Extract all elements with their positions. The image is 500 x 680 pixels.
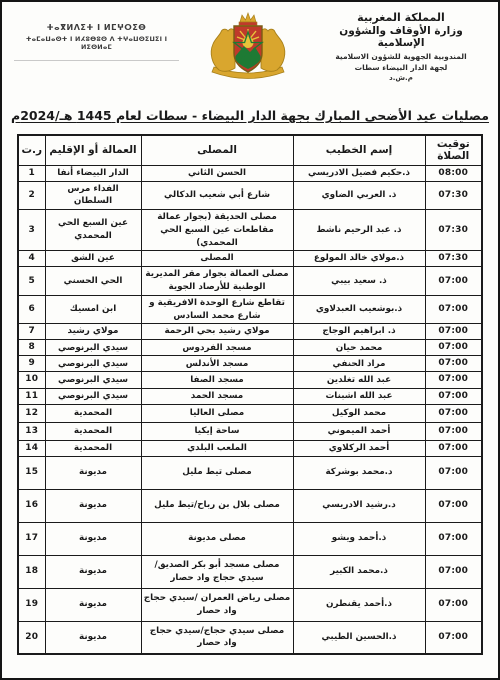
cell-preacher: ذ.محمد الكبير <box>293 555 425 588</box>
cell-num: 3 <box>18 210 45 251</box>
cell-province: مديونة <box>45 588 141 621</box>
cell-num: 16 <box>18 489 45 522</box>
cell-province: سيدي البرنوصي <box>45 340 141 356</box>
table-row: 07:00ذ. ابراهيم الوجاجمولاي رشيد بحي الر… <box>18 324 482 340</box>
cell-mosque: مصلى العاليا <box>141 404 293 422</box>
cell-num: 8 <box>18 340 45 356</box>
cell-time: 07:00 <box>425 388 482 404</box>
table-row: 07:00مراد الحنفيمسجد الأندلسسيدي البرنوص… <box>18 356 482 372</box>
regional-delegation: المندوبية الجهوية للشؤون الاسلامية <box>316 52 486 61</box>
header-province: العمالة أو الإقليم <box>45 135 141 165</box>
cell-province: مديونة <box>45 621 141 654</box>
cell-mosque: مسجد الحمد <box>141 388 293 404</box>
cell-province: الحي الحسني <box>45 267 141 296</box>
cell-preacher: ذ.حكيم فضيل الادريسي <box>293 165 425 181</box>
table-row: 07:00ذ.محمد الكبيرمصلى مسجد أبو بكر الصد… <box>18 555 482 588</box>
cell-num: 5 <box>18 267 45 296</box>
table-row: 08:00ذ.حكيم فضيل الادريسيالحسن الثانيالد… <box>18 165 482 181</box>
cell-time: 07:00 <box>425 588 482 621</box>
cell-mosque: مصلى الحديقة (بجوار عمالة مقاطعات عين ال… <box>141 210 293 251</box>
cell-province: مديونة <box>45 522 141 555</box>
cell-time: 07:00 <box>425 372 482 388</box>
cell-province: مديونة <box>45 456 141 489</box>
header-prayer-time: توقيت الصلاة <box>425 135 482 165</box>
table-row: 07:00ذ.الحسين الطيبيمصلى سيدي حجاج/سيدي … <box>18 621 482 654</box>
cell-mosque: تقاطع شارع الوحدة الافريقية و شارع محمد … <box>141 295 293 324</box>
cell-time: 07:00 <box>425 555 482 588</box>
cell-preacher: ذ.بوشعيب العبدلاوي <box>293 295 425 324</box>
cell-num: 13 <box>18 422 45 440</box>
cell-province: عين السبع الحي المحمدي <box>45 210 141 251</box>
cell-mosque: مصلى العمالة بجوار مقر المديرية الوطنية … <box>141 267 293 296</box>
cell-num: 20 <box>18 621 45 654</box>
cell-num: 18 <box>18 555 45 588</box>
cell-mosque: ساحة إيكيا <box>141 422 293 440</box>
table-row: 07:00محمد الوكيلمصلى العالياالمحمدية12 <box>18 404 482 422</box>
letterhead: المملكة المغربية وزارة الأوقاف والشؤون ا… <box>2 2 498 98</box>
table-row: 07:00ذ.بوشعيب العبدلاويتقاطع شارع الوحدة… <box>18 295 482 324</box>
cell-time: 07:30 <box>425 210 482 251</box>
header-row-number: ر.ت <box>18 135 45 165</box>
tifinagh-ministry: ⵜⴰⵎⴰⵡⴰⵙⵜ ⵏ ⵍⵃⵓⴱⵓⵙ ⴷ ⵜⵖⴰⵡⵙⵉⵡⵉⵏ ⵏ ⵍⵉⵙⵍⴰⵎ <box>18 35 175 51</box>
cell-mosque: شارع أبي شعيب الدكالي <box>141 181 293 210</box>
cell-num: 14 <box>18 440 45 456</box>
cell-preacher: ذ.الحسين الطيبي <box>293 621 425 654</box>
table-row: 07:00أحمد الميمونيساحة إيكياالمحمدية13 <box>18 422 482 440</box>
table-row: 07:00ذ. سعيد بيبيمصلى العمالة بجوار مقر … <box>18 267 482 296</box>
table-row: 07:00عبد الله تغلدينمسجد الصفاسيدي البرن… <box>18 372 482 388</box>
cell-mosque: الملعب البلدي <box>141 440 293 456</box>
cell-province: سيدي البرنوصي <box>45 356 141 372</box>
document-title: مصليات عيد الأضحى المبارك بجهة الدار الب… <box>2 108 498 123</box>
cell-preacher: أحمد الميموني <box>293 422 425 440</box>
cell-province: المحمدية <box>45 440 141 456</box>
cell-time: 07:00 <box>425 404 482 422</box>
ministry-name: وزارة الأوقاف والشؤون الإسلامية <box>316 25 486 49</box>
cell-num: 9 <box>18 356 45 372</box>
cell-province: مديونة <box>45 555 141 588</box>
cell-preacher: ذ.أحمد ويشو <box>293 522 425 555</box>
cell-preacher: مراد الحنفي <box>293 356 425 372</box>
ministry-abbrev: م.ش.د <box>316 74 486 82</box>
cell-preacher: عبد الله اشبنات <box>293 388 425 404</box>
table-header: توقيت الصلاة إسم الخطيب المصلى العمالة أ… <box>18 135 482 165</box>
cell-province: المحمدية <box>45 404 141 422</box>
tifinagh-kingdom: ⵜⴰⴳⵍⴷⵉⵜ ⵏ ⵍⵎⵖⵔⵉⴱ <box>18 23 175 32</box>
cell-num: 19 <box>18 588 45 621</box>
cell-province: مديونة <box>45 489 141 522</box>
cell-preacher: د.رشيد الادريسي <box>293 489 425 522</box>
cell-time: 07:00 <box>425 522 482 555</box>
table-row: 07:00محمد حيانمسجد الفردوسسيدي البرنوصي8 <box>18 340 482 356</box>
cell-num: 1 <box>18 165 45 181</box>
table-row: 07:00عبد الله اشبناتمسجد الحمدسيدي البرن… <box>18 388 482 404</box>
table-row: 07:00ذ.أحمد يقنطرنمصلى رياض العمران /سيد… <box>18 588 482 621</box>
cell-mosque: مصلى مديونة <box>141 522 293 555</box>
cell-num: 6 <box>18 295 45 324</box>
cell-num: 11 <box>18 388 45 404</box>
cell-preacher: د.محمد بوشركة <box>293 456 425 489</box>
cell-num: 10 <box>18 372 45 388</box>
ministry-header: المملكة المغربية وزارة الأوقاف والشؤون ا… <box>316 9 486 82</box>
prayer-table-body: 08:00ذ.حكيم فضيل الادريسيالحسن الثانيالد… <box>18 165 482 654</box>
cell-mosque: الحسن الثاني <box>141 165 293 181</box>
cell-preacher: عبد الله تغلدين <box>293 372 425 388</box>
cell-time: 07:00 <box>425 295 482 324</box>
document-page: المملكة المغربية وزارة الأوقاف والشؤون ا… <box>0 0 500 680</box>
cell-time: 07:00 <box>425 621 482 654</box>
cell-preacher: ذ. سعيد بيبي <box>293 267 425 296</box>
cell-preacher: محمد حيان <box>293 340 425 356</box>
cell-num: 12 <box>18 404 45 422</box>
tifinagh-header: ⵜⴰⴳⵍⴷⵉⵜ ⵏ ⵍⵎⵖⵔⵉⴱ ⵜⴰⵎⴰⵡⴰⵙⵜ ⵏ ⵍⵃⵓⴱⵓⵙ ⴷ ⵜⵖⴰ… <box>14 9 179 61</box>
cell-mosque: مسجد الفردوس <box>141 340 293 356</box>
cell-num: 7 <box>18 324 45 340</box>
cell-mosque: مسجد الصفا <box>141 372 293 388</box>
cell-preacher: محمد الوكيل <box>293 404 425 422</box>
cell-mosque: مصلى تيط مليل <box>141 456 293 489</box>
emblem-container <box>188 9 308 87</box>
cell-province: ابن امسيك <box>45 295 141 324</box>
cell-time: 07:00 <box>425 324 482 340</box>
cell-time: 07:00 <box>425 489 482 522</box>
kingdom-title: المملكة المغربية <box>316 11 486 24</box>
cell-time: 07:00 <box>425 456 482 489</box>
cell-mosque: مصلى مسجد أبو بكر الصديق/سيدي حجاج واد ح… <box>141 555 293 588</box>
cell-mosque: مصلى بلال بن رباح/تيط مليل <box>141 489 293 522</box>
table-row: 07:00د.رشيد الادريسيمصلى بلال بن رباح/تي… <box>18 489 482 522</box>
cell-time: 07:00 <box>425 340 482 356</box>
table-row: 07:30ذ. عبد الرحيم ناشطمصلى الحديقة (بجو… <box>18 210 482 251</box>
header-mosque: المصلى <box>141 135 293 165</box>
cell-preacher: ذ.مولاي خالد المولوع <box>293 251 425 267</box>
cell-mosque: مصلى سيدي حجاج/سيدي حجاج واد حصار <box>141 621 293 654</box>
table-row: 07:30ذ.مولاي خالد المولوعالمصلىعين الشق4 <box>18 251 482 267</box>
cell-preacher: ذ. العربي الضاوي <box>293 181 425 210</box>
cell-time: 07:30 <box>425 251 482 267</box>
cell-mosque: المصلى <box>141 251 293 267</box>
cell-num: 17 <box>18 522 45 555</box>
table-row: 07:00أحمد الركلاويالملعب البلديالمحمدية1… <box>18 440 482 456</box>
cell-preacher: أحمد الركلاوي <box>293 440 425 456</box>
cell-preacher: ذ.أحمد يقنطرن <box>293 588 425 621</box>
cell-province: الدار البيضاء أنفا <box>45 165 141 181</box>
header-preacher-name: إسم الخطيب <box>293 135 425 165</box>
cell-province: الفداء مرس السلطان <box>45 181 141 210</box>
cell-time: 07:00 <box>425 267 482 296</box>
cell-time: 07:00 <box>425 356 482 372</box>
cell-preacher: ذ. عبد الرحيم ناشط <box>293 210 425 251</box>
region-name: لجهة الدار البيضاء سطات <box>316 63 486 72</box>
cell-province: المحمدية <box>45 422 141 440</box>
cell-time: 08:00 <box>425 165 482 181</box>
cell-time: 07:00 <box>425 422 482 440</box>
cell-province: سيدي البرنوصي <box>45 388 141 404</box>
cell-province: سيدي البرنوصي <box>45 372 141 388</box>
moroccan-coat-of-arms-icon <box>198 11 298 87</box>
cell-province: مولاي رشيد <box>45 324 141 340</box>
table-row: 07:00ذ.أحمد ويشومصلى مديونةمديونة17 <box>18 522 482 555</box>
cell-num: 4 <box>18 251 45 267</box>
table-row: 07:30ذ. العربي الضاويشارع أبي شعيب الدكا… <box>18 181 482 210</box>
table-row: 07:00د.محمد بوشركةمصلى تيط مليلمديونة15 <box>18 456 482 489</box>
cell-preacher: ذ. ابراهيم الوجاج <box>293 324 425 340</box>
cell-num: 2 <box>18 181 45 210</box>
cell-province: عين الشق <box>45 251 141 267</box>
cell-time: 07:00 <box>425 440 482 456</box>
cell-mosque: مسجد الأندلس <box>141 356 293 372</box>
cell-num: 15 <box>18 456 45 489</box>
cell-time: 07:30 <box>425 181 482 210</box>
cell-mosque: مصلى رياض العمران /سيدي حجاج واد حصار <box>141 588 293 621</box>
prayer-locations-table: توقيت الصلاة إسم الخطيب المصلى العمالة أ… <box>17 134 483 655</box>
cell-mosque: مولاي رشيد بحي الرحمة <box>141 324 293 340</box>
